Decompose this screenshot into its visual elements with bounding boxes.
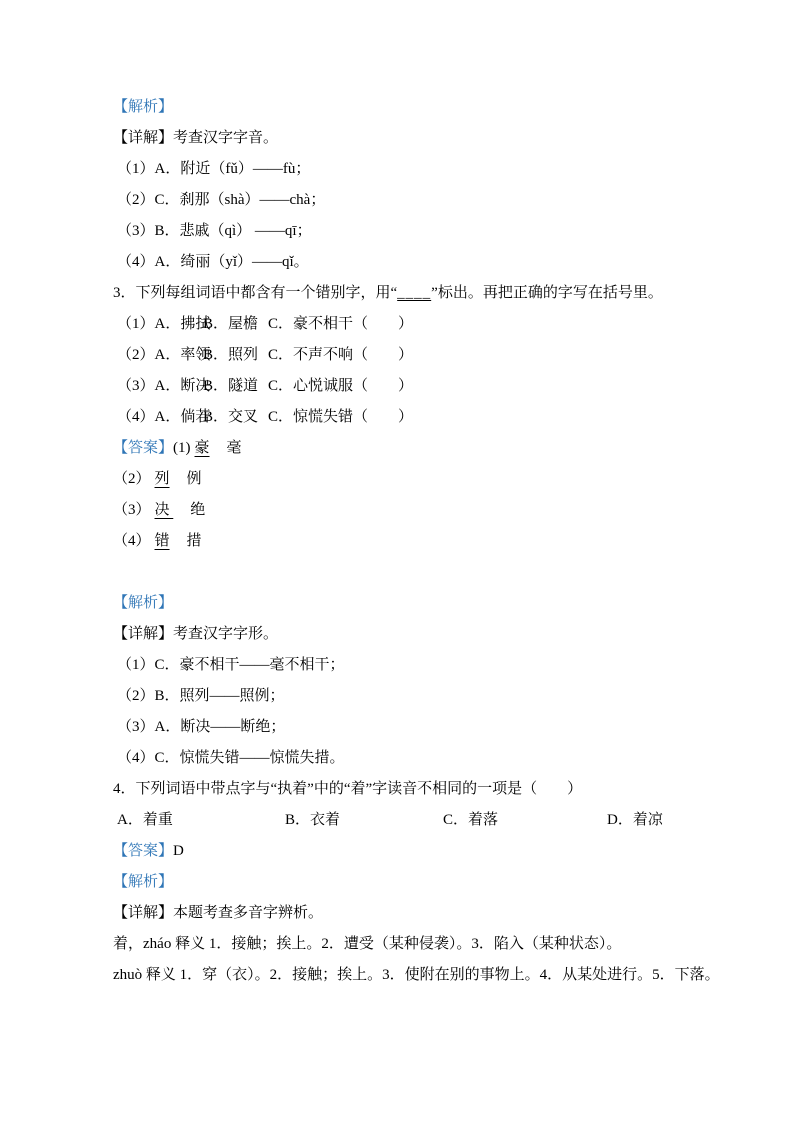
question3-row-4: （4）A．倘若 B．交叉 C．惊慌失错（ ） — [113, 402, 754, 433]
question4-option-d: D．着凉 — [607, 805, 754, 836]
question3-row-3-option-c: C．心悦诚服（ ） — [268, 371, 754, 402]
answer3-row-2-correct-char: 例 — [187, 471, 202, 487]
question3-row-1-option-b: B．屋檐 — [203, 309, 268, 340]
answer3-row-3-correct-char: 绝 — [190, 502, 205, 518]
analysis1-item-4: （4）A．绮丽（yǐ）——qǐ。 — [113, 247, 754, 278]
document-page: 【解析】 【详解】考查汉字字音。 （1）A．附近（fǔ）——fù； （2）C．刹… — [0, 0, 794, 1123]
analysis1-item-2: （2）C．刹那（shà）——chà； — [113, 185, 754, 216]
analysis4-definition-zhao: 着，zháo 释义 1．接触；挨上。2．遭受（某种侵袭）。3．陷入（某种状态）。 — [113, 929, 754, 960]
question3-row-2-option-b: B．照列 — [203, 340, 268, 371]
analysis1-item-3: （3）B．悲戚（qì） ——qī； — [113, 216, 754, 247]
analysis1-item-1: （1）A．附近（fǔ）——fù； — [113, 154, 754, 185]
question3-row-1-option-c: C．豪不相干（ ） — [268, 309, 754, 340]
answer3-row-3-wrong-char: 决 — [155, 502, 174, 518]
answer3-row-1-num: (1) — [173, 440, 191, 456]
analysis3-detail: 【详解】考查汉字字形。 — [113, 619, 754, 650]
blank-line — [113, 557, 754, 588]
answer4-label: 【答案】 — [113, 843, 173, 859]
analysis1-detail: 【详解】考查汉字字音。 — [113, 123, 754, 154]
analysis1-header: 【解析】 — [113, 92, 754, 123]
question4-stem: 4．下列词语中带点字与“执着”中的“着”字读音不相同的一项是（ ） — [113, 774, 754, 805]
question4-option-b: B．衣着 — [285, 805, 443, 836]
answer3-row-4-num: （4） — [113, 533, 151, 549]
question3-row-1: （1）A．拂拭 B．屋檐 C．豪不相干（ ） — [113, 309, 754, 340]
analysis3-item-1: （1）C．豪不相干——毫不相干； — [113, 650, 754, 681]
answer3-row-3-num: （3） — [113, 502, 151, 518]
question3-row-4-option-a: （4）A．倘若 — [117, 402, 203, 433]
answer3-row-2-wrong-char: 列 — [155, 471, 170, 487]
answer3-row-1-wrong-char: 豪 — [195, 440, 210, 456]
answer3-row-4-correct-char: 措 — [187, 533, 202, 549]
answer3-row-4: （4）错措 — [113, 526, 754, 557]
analysis4-detail: 【详解】本题考查多音字辨析。 — [113, 898, 754, 929]
question3-row-2-option-a: （2）A．率领 — [117, 340, 203, 371]
analysis3-item-3: （3）A．断决——断绝； — [113, 712, 754, 743]
question3-stem-prefix: 3．下列每组词语中都含有一个错别字，用“ — [113, 285, 397, 301]
question4-options-row: A．着重 B．衣着 C．着落 D．着凉 — [113, 805, 754, 836]
question3-stem: 3．下列每组词语中都含有一个错别字，用“____”标出。再把正确的字写在括号里。 — [113, 278, 754, 309]
question3-row-3-option-a: （3）A．断决 — [117, 371, 203, 402]
answer3-label: 【答案】 — [113, 440, 173, 456]
question3-row-3: （3）A．断决 B．隧道 C．心悦诚服（ ） — [113, 371, 754, 402]
question3-row-2-option-c: C．不声不响（ ） — [268, 340, 754, 371]
answer3-row-4-wrong-char: 错 — [155, 533, 170, 549]
analysis3-item-4: （4）C．惊慌失错——惊慌失措。 — [113, 743, 754, 774]
question3-row-1-option-a: （1）A．拂拭 — [117, 309, 203, 340]
answer3-row-3: （3）决 绝 — [113, 495, 754, 526]
answer3-row-1-correct-char: 毫 — [227, 440, 242, 456]
question3-row-4-option-c: C．惊慌失错（ ） — [268, 402, 754, 433]
answer3-row-2-num: （2） — [113, 471, 151, 487]
answer4-value: D — [173, 843, 184, 859]
question3-row-4-option-b: B．交叉 — [203, 402, 268, 433]
question3-row-2: （2）A．率领 B．照列 C．不声不响（ ） — [113, 340, 754, 371]
question3-blank-line: ____ — [397, 285, 431, 301]
analysis4-header: 【解析】 — [113, 867, 754, 898]
question3-row-3-option-b: B．隧道 — [203, 371, 268, 402]
analysis4-definition-zhuo: zhuò 释义 1．穿（衣）。2．接触；挨上。3．使附在别的事物上。4．从某处进… — [113, 960, 754, 991]
question4-option-a: A．着重 — [117, 805, 285, 836]
analysis3-header: 【解析】 — [113, 588, 754, 619]
answer4-row: 【答案】D — [113, 836, 754, 867]
analysis3-item-2: （2）B．照列——照例； — [113, 681, 754, 712]
question4-option-c: C．着落 — [443, 805, 607, 836]
answer3-row-2: （2）列例 — [113, 464, 754, 495]
answer3-row-1: 【答案】(1)豪毫 — [113, 433, 754, 464]
question3-stem-suffix: ”标出。再把正确的字写在括号里。 — [431, 285, 663, 301]
